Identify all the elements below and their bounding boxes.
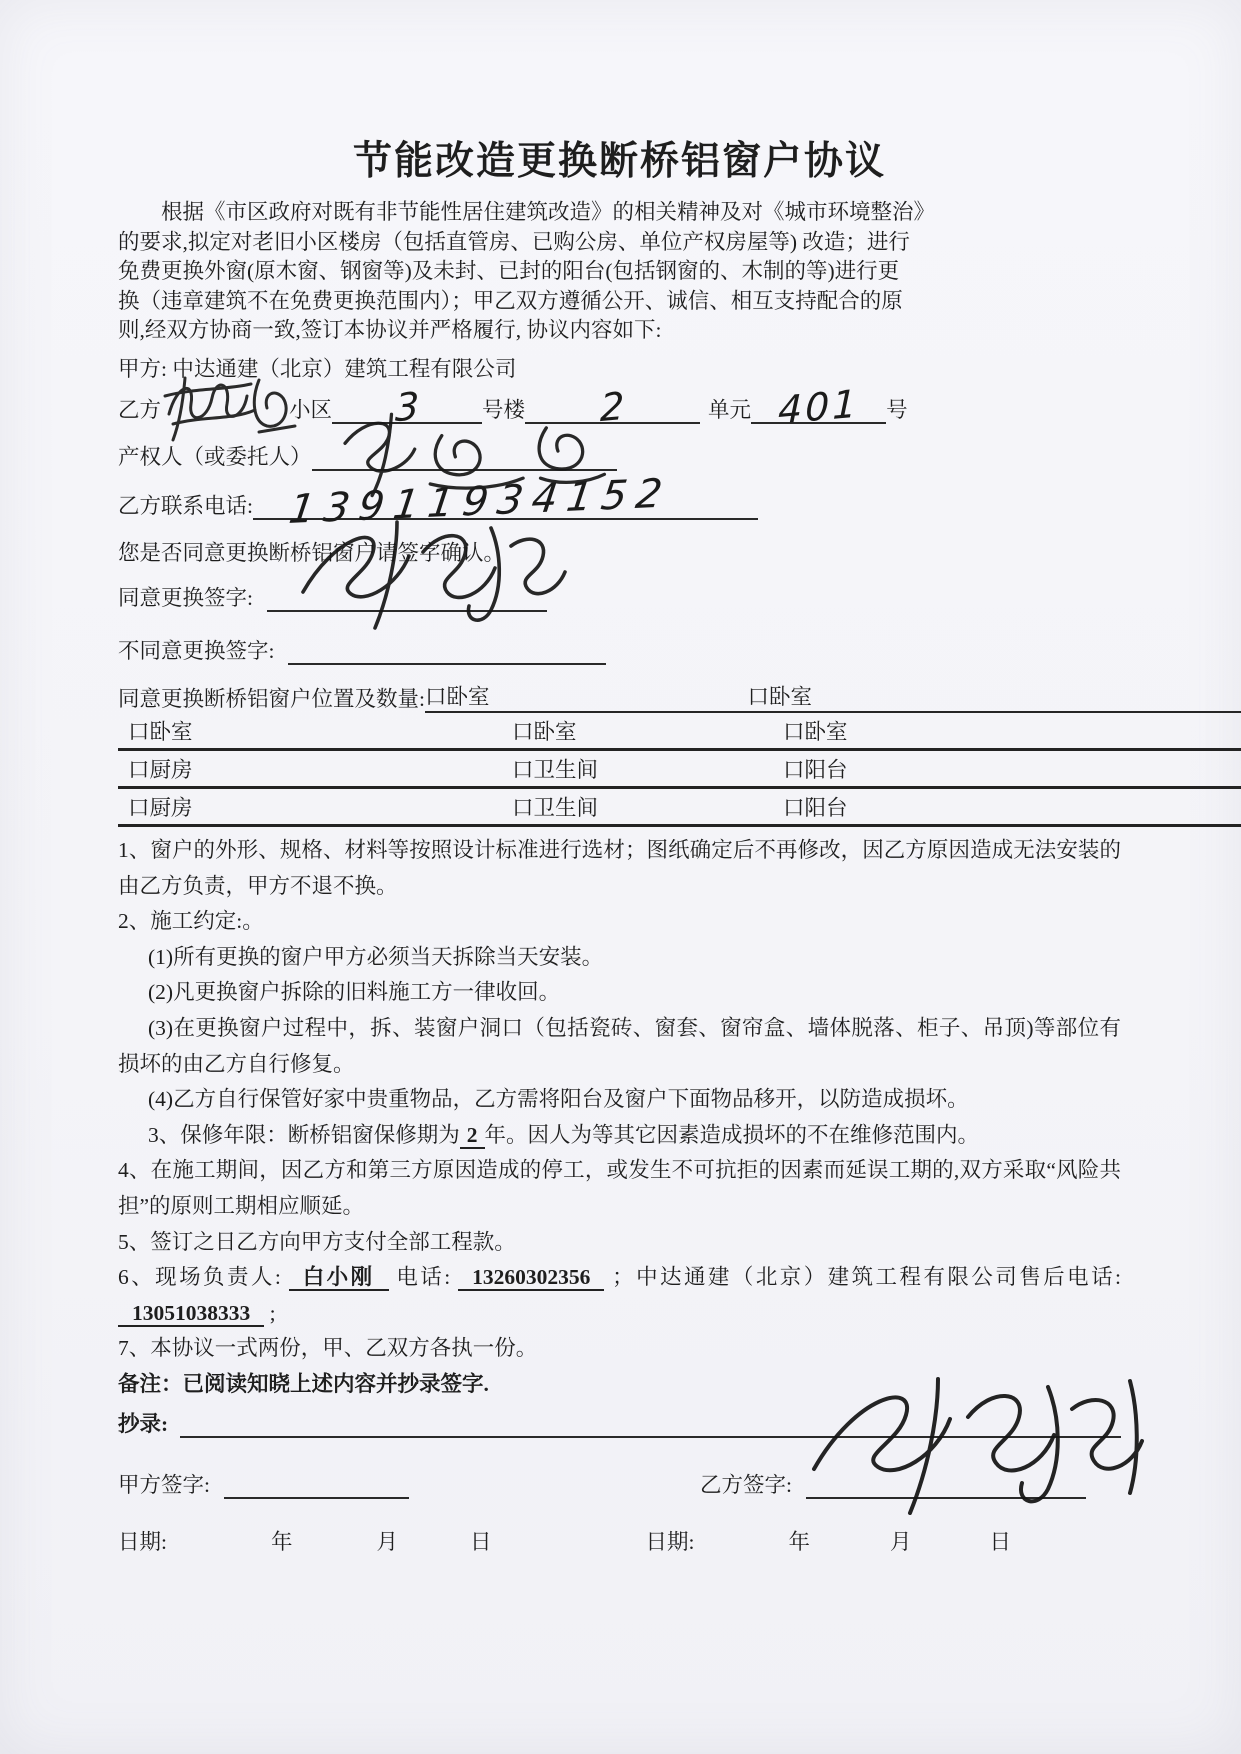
agree-label: 同意更换签字: [118, 581, 253, 612]
clause-2-item: (2)凡更换窗户拆除的旧料施工方一律收回。 [118, 975, 1121, 1011]
clause-2-item: (3)在更换窗户过程中，拆、装窗户洞口（包括瓷砖、窗套、窗帘盒、墙体脱落、柜子、… [118, 1011, 1121, 1082]
table-header-label: 同意更换断桥铝窗户位置及数量: [118, 682, 425, 713]
party-b-signature-scribble [800, 1361, 1160, 1531]
clause-4: 4、在施工期间，因乙方和第三方原因造成的停工，或发生不可抗拒的因素而延误工期的,… [118, 1153, 1121, 1224]
owner-name-field [312, 441, 617, 471]
intro-paragraph: 根据《市区政府对既有非节能性居住建筑改造》的相关精神及对《城市环境整治》 的要求… [118, 198, 1121, 346]
intro-line: 换（违章建筑不在免费更换范围内）；甲乙双方遵循公开、诚信、相互支持配合的原 [118, 287, 1121, 317]
warranty-years-value: 2 [460, 1123, 485, 1149]
party-b-sign-label: 乙方签字: [700, 1468, 792, 1499]
aftersales-phone: 13051038333 [118, 1301, 264, 1327]
room-label: 号 [886, 393, 908, 424]
phone-label: 乙方联系电话: [118, 489, 253, 520]
window-position-table: 同意更换断桥铝窗户位置及数量: 口卧室 口卧室 口卧室 口卧室 口卧室 口厨房 … [118, 679, 1241, 827]
site-manager-name: 白小刚 [289, 1265, 389, 1291]
party-a-sign-label: 甲方签字: [118, 1468, 210, 1499]
agree-sign-line: 同意更换签字: [118, 581, 1121, 612]
agree-signature-field [267, 582, 547, 612]
confirm-prompt: 您是否同意更换断桥铝窗户请签字确认。 [118, 536, 1121, 567]
clause-6-middle: ；中达通建（北京）建筑工程有限公司售后电话: [612, 1265, 1121, 1289]
date-label: 日期: [118, 1525, 167, 1556]
clause-6-prefix: 6、现场负责人: [118, 1265, 281, 1289]
intro-line: 则,经双方协商一致,签订本协议并严格履行, 协议内容如下: [118, 316, 1121, 346]
clause-2-head: 2、施工约定:。 [118, 904, 1121, 940]
cell-bedroom: 口卧室 [783, 715, 1241, 746]
clause-2-item: (4)乙方自行保管好家中贵重物品，乙方需将阳台及窗户下面物品移开，以防造成损坏。 [118, 1082, 1121, 1118]
page-title: 节能改造更换断桥铝窗户协议 [118, 130, 1121, 186]
clause-3-suffix: 年。因人为等其它因素造成损坏的不在维修范围内。 [485, 1123, 980, 1147]
month-label: 月 [377, 1525, 399, 1556]
cell-balcony: 口阳台 [783, 791, 1241, 822]
disagree-label: 不同意更换签字: [118, 634, 274, 665]
clause-6: 6、现场负责人: 白小刚 电话: 13260302356 ；中达通建（北京）建筑… [118, 1260, 1121, 1331]
clause-3-prefix: 3、保修年限：断桥铝窗保修期为 [148, 1123, 460, 1147]
year-label: 年 [271, 1525, 293, 1556]
agree-signature-scribble [285, 506, 585, 636]
table-row: 口卧室 口卧室 口卧室 [118, 713, 1241, 751]
intro-line: 的要求,拟定对老旧小区楼房（包括直管房、已购公房、单位产权房屋等) 改造；进行 [118, 228, 1121, 258]
cell-bathroom: 口卫生间 [512, 791, 783, 822]
disagree-sign-line: 不同意更换签字: [118, 634, 1121, 665]
cell-bedroom: 口卧室 [512, 715, 783, 746]
clause-1: 1、窗户的外形、规格、材料等按照设计标准进行选材；图纸确定后不再修改，因乙方原因… [118, 833, 1121, 904]
disagree-signature-field [288, 635, 606, 665]
cell-bathroom: 口卫生间 [512, 753, 783, 784]
party-a-signature-field [224, 1469, 409, 1499]
header-cell-bedroom: 口卧室 [425, 680, 490, 711]
clause-5: 5、签订之日乙方向甲方支付全部工程款。 [118, 1225, 1121, 1261]
day-label: 日 [470, 1525, 492, 1556]
cell-balcony: 口阳台 [783, 753, 1241, 784]
party-b-signature-field [806, 1469, 1086, 1499]
clause-2-item: (1)所有更换的窗户甲方必须当天拆除当天安装。 [118, 940, 1121, 976]
room-no-field: 401 [751, 394, 886, 424]
phone-line: 乙方联系电话: 13911934152 [118, 489, 1121, 520]
room-no-handwriting: 401 [778, 393, 860, 420]
intro-line: 免费更换外窗(原木窗、钢窗等)及未封、已封的阳台(包括钢窗的、木制的等)进行更 [118, 257, 1121, 287]
table-row: 口厨房 口卫生间 口阳台 [118, 789, 1241, 827]
clause-6-phone-label: 电话: [396, 1265, 450, 1289]
party-b-line: 乙方 小区 3 号楼 2 单元 401 号 [118, 393, 1121, 424]
date-label: 日期: [646, 1525, 695, 1556]
clause-3: 3、保修年限：断桥铝窗保修期为2年。因人为等其它因素造成损坏的不在维修范围内。 [118, 1118, 1121, 1154]
scanned-agreement-document: 节能改造更换断桥铝窗户协议 根据《市区政府对既有非节能性居住建筑改造》的相关精神… [0, 0, 1241, 1754]
transcribe-label: 抄录: [118, 1407, 168, 1438]
clause-6-suffix: ; [270, 1301, 276, 1325]
party-a-sign-group: 甲方签字: [118, 1468, 578, 1499]
unit-label: 单元 [708, 393, 751, 424]
party-a-date-group: 日期: 年 月 日 [118, 1525, 492, 1556]
intro-line: 根据《市区政府对既有非节能性居住建筑改造》的相关精神及对《城市环境整治》 [118, 198, 1121, 228]
cell-bedroom: 口卧室 [128, 715, 512, 746]
party-b-sign-group: 乙方签字: [700, 1468, 1086, 1499]
header-cell-bedroom: 口卧室 [748, 680, 813, 711]
cell-kitchen: 口厨房 [128, 753, 512, 784]
site-manager-phone: 13260302356 [458, 1265, 604, 1291]
signature-row: 甲方签字: 乙方签字: [118, 1468, 1121, 1499]
table-header-row: 同意更换断桥铝窗户位置及数量: 口卧室 口卧室 [118, 679, 1241, 713]
cell-kitchen: 口厨房 [128, 791, 512, 822]
table-row: 口厨房 口卫生间 口阳台 [118, 751, 1241, 789]
